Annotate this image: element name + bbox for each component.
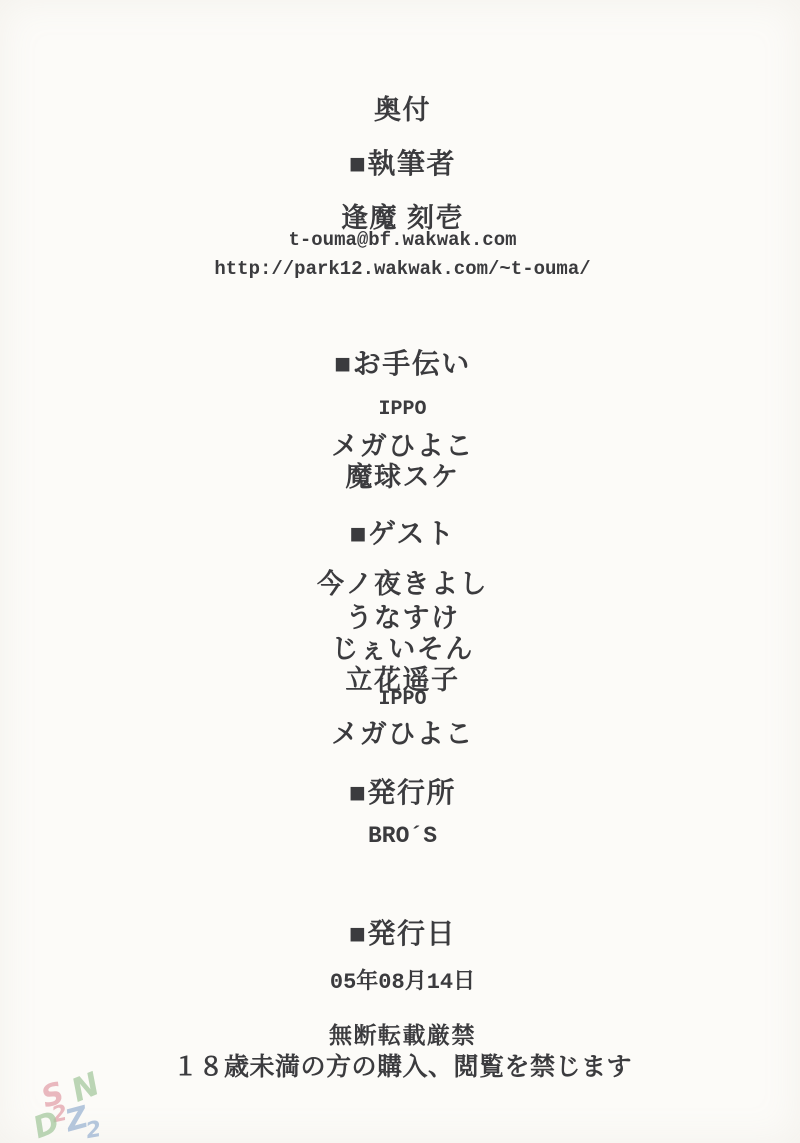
notice-line-2: １８歳未満の方の購入、閲覧を禁じます (5, 1047, 800, 1083)
publisher-section-header: ■発行所 (5, 771, 800, 811)
watermark-letter: D (29, 1105, 64, 1143)
page-title: 奥付 (5, 88, 800, 127)
helper-name: 魔球スケ (5, 455, 800, 494)
publisher-name: BRO´S (5, 823, 800, 849)
helpers-section-header: ■お手伝い (5, 342, 800, 382)
guest-name: メガひよこ (5, 712, 800, 751)
watermark-letter: 2 (50, 1101, 70, 1129)
watermark-letter: Z (62, 1100, 92, 1139)
authors-section-header: ■執筆者 (5, 142, 800, 182)
publication-date: 05年08月14日 (5, 964, 800, 995)
watermark-letter: 2 (84, 1117, 103, 1143)
notice-line-1: 無断転載厳禁 (5, 1017, 800, 1050)
guests-section-header: ■ゲスト (5, 512, 800, 552)
colophon-page: 奥付 ■執筆者 逢魔 刻壱 t-ouma@bf.wakwak.com http:… (0, 0, 800, 1143)
guest-name: IPPO (5, 688, 800, 711)
date-section-header: ■発行日 (5, 912, 800, 952)
author-url: http://park12.wakwak.com/~t-ouma/ (5, 258, 800, 280)
helper-name: IPPO (5, 398, 800, 421)
author-email: t-ouma@bf.wakwak.com (5, 229, 800, 251)
